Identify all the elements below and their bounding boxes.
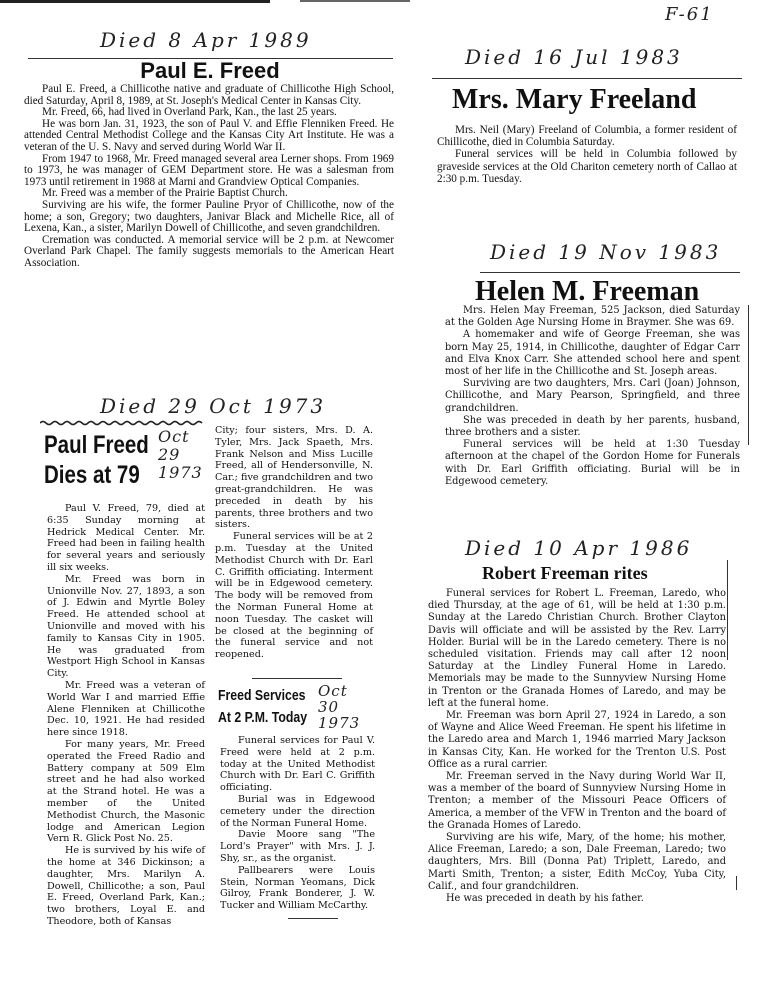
- obituary-body-column-1: Paul V. Freed, 79, died at 6:35 Sunday m…: [47, 503, 205, 928]
- clipping-edge: [748, 305, 749, 445]
- paragraph: Funeral services will be held at 1:30 Tu…: [445, 439, 740, 488]
- paragraph: He was preceded in death by his father.: [428, 893, 726, 905]
- obituary-headline: Freed Services At 2 P.M. Today: [218, 685, 307, 729]
- obituary-body: Funeral services for Paul V. Freed were …: [220, 735, 375, 912]
- headline-line: Paul Freed: [44, 430, 149, 460]
- paragraph: A homemaker and wife of George Freeman, …: [445, 329, 740, 378]
- handwritten-death-date: Died 19 Nov 1983: [490, 240, 721, 264]
- paragraph: City; four sisters, Mrs. D. A. Tyler, Mr…: [215, 425, 373, 531]
- paragraph: From 1947 to 1968, Mr. Freed managed sev…: [24, 154, 394, 189]
- clipping-edge: [727, 560, 728, 660]
- paragraph: Surviving are his wife, Mary, of the hom…: [428, 832, 726, 893]
- handwritten-date-note: Oct 29 1973: [158, 428, 208, 482]
- paragraph: Funeral services for Paul V. Freed were …: [220, 735, 375, 794]
- obituary-headline: Helen M. Freeman: [475, 276, 699, 308]
- obituary-body: Mrs. Helen May Freeman, 525 Jackson, die…: [445, 305, 740, 488]
- paragraph: Mr. Freeman was born April 27, 1924 in L…: [428, 710, 726, 771]
- paragraph: Surviving are two daughters, Mrs. Carl (…: [445, 378, 740, 415]
- handwritten-death-date: Died 29 Oct 1973: [100, 394, 326, 418]
- obituary-headline: Paul Freed Dies at 79: [44, 430, 149, 490]
- divider: [252, 678, 342, 679]
- handwritten-death-date: Died 10 Apr 1986: [465, 536, 692, 560]
- wavy-divider: [40, 420, 205, 426]
- divider: [432, 78, 742, 79]
- obituary-headline: Robert Freeman rites: [482, 563, 648, 584]
- paragraph: He was born Jan. 31, 1923, the son of Pa…: [24, 119, 394, 154]
- handwritten-date-note: Oct 30 1973: [318, 683, 363, 731]
- obituary-body: Paul E. Freed, a Chillicothe native and …: [24, 84, 394, 270]
- obituary-body-column-2: City; four sisters, Mrs. D. A. Tyler, Mr…: [215, 425, 373, 661]
- clipping-edge: [736, 876, 737, 890]
- paragraph: Mrs. Helen May Freeman, 525 Jackson, die…: [445, 305, 740, 329]
- paragraph: Funeral services will be at 2 p.m. Tuesd…: [215, 531, 373, 661]
- paragraph: For many years, Mr. Freed operated the F…: [47, 739, 205, 845]
- obituary-body: Mrs. Neil (Mary) Freeland of Columbia, a…: [437, 124, 737, 185]
- paragraph: Funeral services for Robert L. Freeman, …: [428, 588, 726, 710]
- obituary-headline: Paul E. Freed: [0, 58, 420, 84]
- scan-edge-mark: [0, 0, 270, 3]
- headline-line: Freed Services: [218, 685, 307, 707]
- obituary-headline: Mrs. Mary Freeland: [452, 84, 696, 116]
- paragraph: Davie Moore sang "The Lord's Prayer" wit…: [220, 829, 375, 864]
- paragraph: Mrs. Neil (Mary) Freeland of Columbia, a…: [437, 124, 737, 148]
- handwritten-death-date: Died 8 Apr 1989: [100, 28, 312, 52]
- paragraph: Paul V. Freed, 79, died at 6:35 Sunday m…: [47, 503, 205, 574]
- paragraph: Surviving are his wife, the former Pauli…: [24, 200, 394, 235]
- paragraph: Paul E. Freed, a Chillicothe native and …: [24, 84, 394, 107]
- paragraph: Burial was in Edgewood cemetery under th…: [220, 794, 375, 829]
- paragraph: Funeral services will be held in Columbi…: [437, 148, 737, 185]
- paragraph: Mr. Freed was born in Unionville Nov. 27…: [47, 574, 205, 680]
- headline-line: At 2 P.M. Today: [218, 707, 307, 729]
- headline-line: Dies at 79: [44, 460, 149, 490]
- end-divider: [288, 918, 338, 919]
- paragraph: She was preceded in death by her parents…: [445, 415, 740, 439]
- handwritten-death-date: Died 16 Jul 1983: [465, 45, 683, 69]
- paragraph: He is survived by his wife of the home a…: [47, 845, 205, 928]
- scan-edge-mark: [300, 0, 410, 2]
- paragraph: Cremation was conducted. A memorial serv…: [24, 235, 394, 270]
- paragraph: Pallbearers were Louis Stein, Norman Yeo…: [220, 865, 375, 912]
- handwritten-page-number: F-61: [665, 4, 714, 25]
- obituary-body: Funeral services for Robert L. Freeman, …: [428, 588, 726, 905]
- paragraph: Mr. Freeman served in the Navy during Wo…: [428, 771, 726, 832]
- paragraph: Mr. Freed was a veteran of World War I a…: [47, 680, 205, 739]
- divider: [480, 272, 740, 273]
